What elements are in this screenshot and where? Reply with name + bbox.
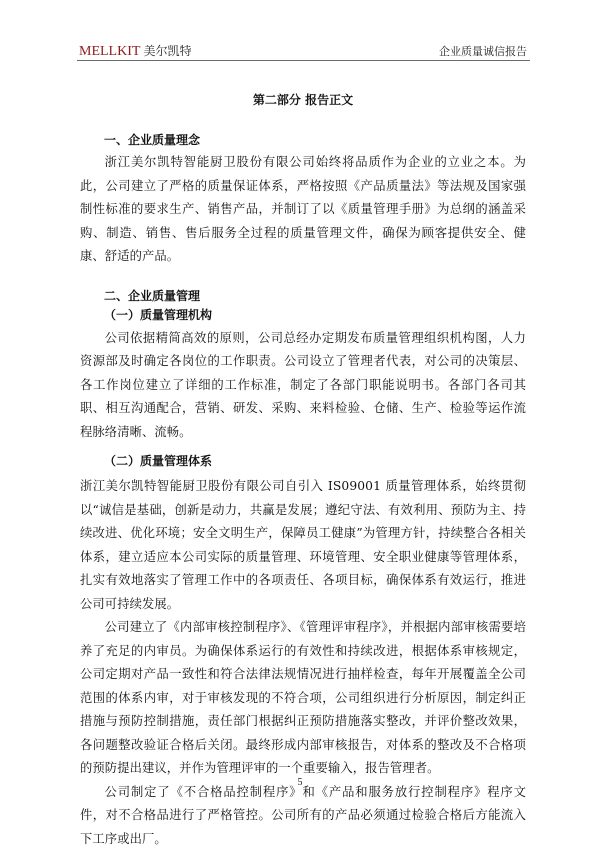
part-title: 第二部分 报告正文 xyxy=(80,92,526,108)
page-header: MELLKIT美尔凯特 企业质量诚信报告 xyxy=(77,44,530,61)
brand-name-en: MELLKIT xyxy=(79,44,140,59)
paragraph-internal-audit: 公司建立了《内部审核控制程序》、《管理评审程序》，并根据内部审核需要培养了充足的… xyxy=(80,616,526,781)
page-number: 5 xyxy=(0,777,600,788)
brand-name-cn: 美尔凯特 xyxy=(143,44,191,58)
paragraph-organization: 公司依据精简高效的原则，公司总经办定期发布质量管理组织机构图，人力资源部及时确定… xyxy=(80,327,526,445)
brand-logo: MELLKIT美尔凯特 xyxy=(79,44,191,59)
spacer xyxy=(80,444,526,453)
paragraph-iso9001: 浙江美尔凯特智能厨卫股份有限公司自引入 IS09001 质量管理体系，始终贯彻以… xyxy=(80,475,526,616)
document-body: 第二部分 报告正文 一、企业质量理念 浙江美尔凯特智能厨卫股份有限公司始终将品质… xyxy=(80,92,526,848)
paragraph-quality-philosophy: 浙江美尔凯特智能厨卫股份有限公司始终将品质作为企业的立业之本。为此，公司建立了严… xyxy=(80,151,526,269)
report-title: 企业质量诚信报告 xyxy=(439,45,527,59)
spacer xyxy=(80,269,526,288)
section-heading-quality-management: 二、企业质量管理 xyxy=(80,288,526,304)
section-heading-quality-philosophy: 一、企业质量理念 xyxy=(80,132,526,148)
paragraph-nonconforming-control: 公司制定了《不合格品控制程序》和《产品和服务放行控制程序》程序文件，对不合格品进… xyxy=(80,781,526,848)
subsection-heading-organization: （一）质量管理机构 xyxy=(80,307,526,323)
subsection-heading-management-system: （二）质量管理体系 xyxy=(80,453,526,469)
